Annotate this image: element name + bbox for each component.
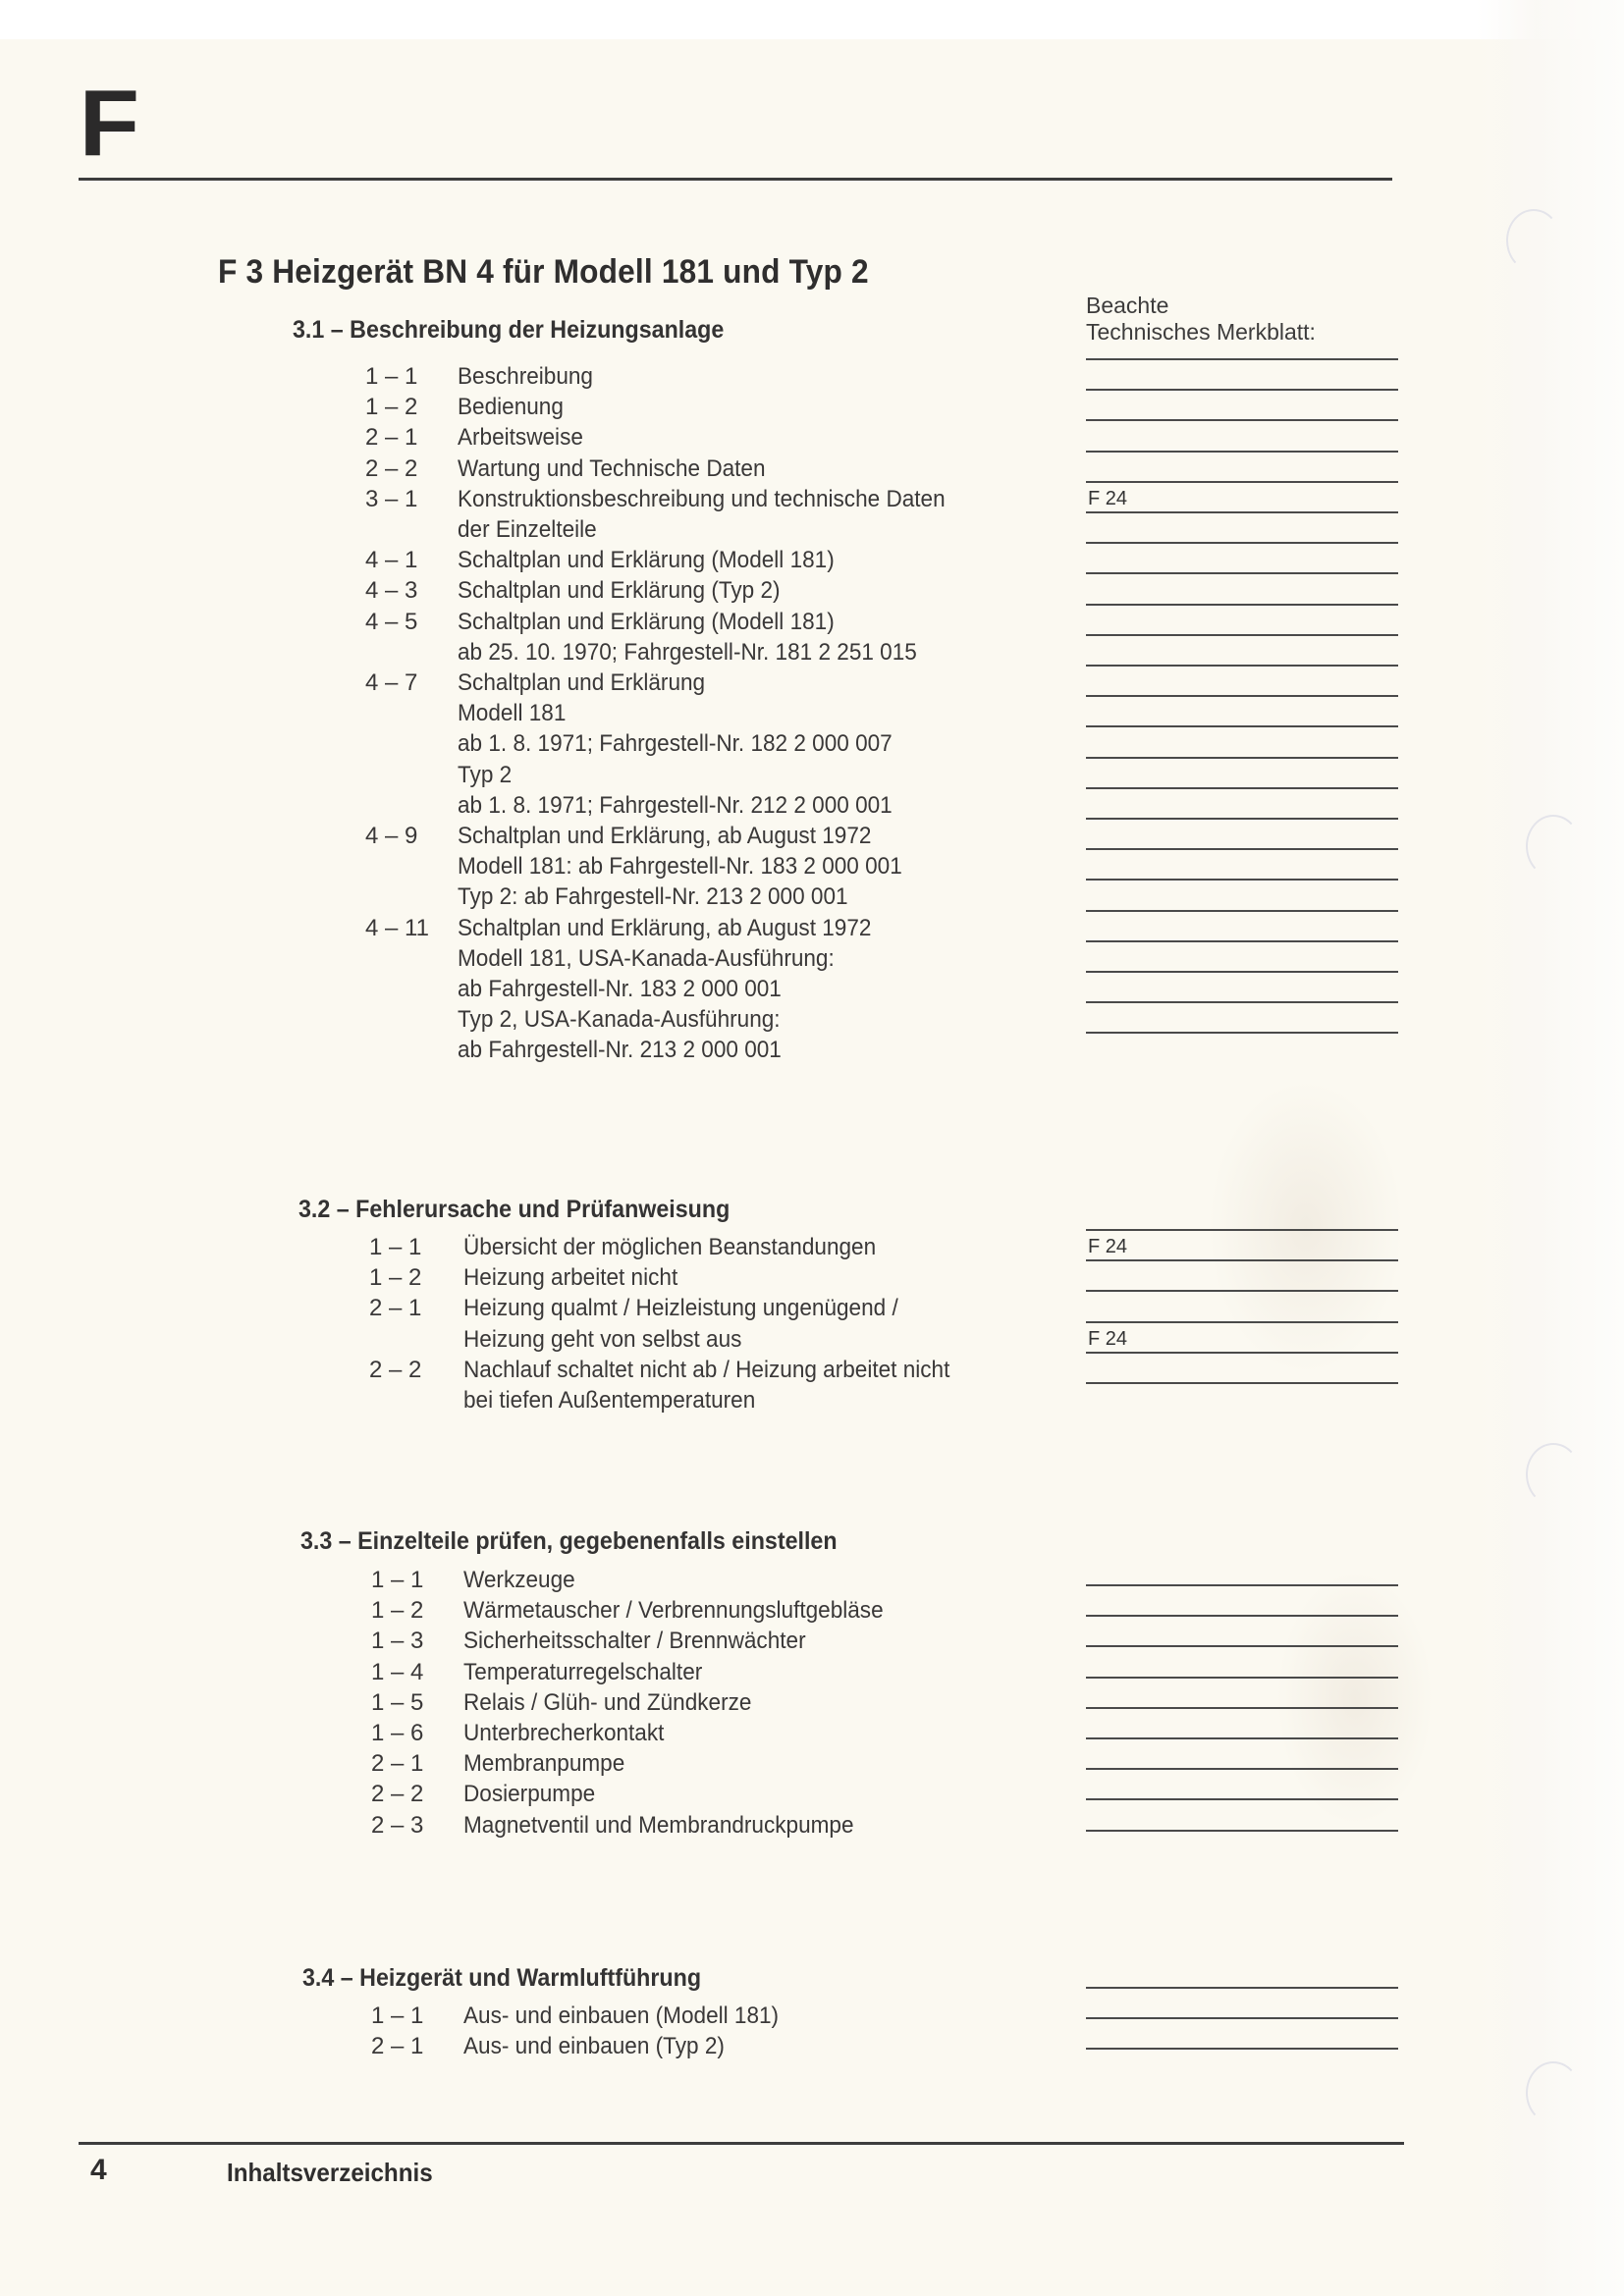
note-write-line — [1086, 358, 1398, 360]
toc-item-number: 4 – 9 — [365, 821, 417, 851]
note-write-line — [1086, 1615, 1398, 1617]
note-write-line — [1086, 879, 1398, 881]
toc-item-title: Heizung arbeitet nicht — [463, 1262, 677, 1293]
scan-smudge — [1276, 1571, 1434, 1826]
note-header-line1: Beachte — [1086, 293, 1316, 319]
toc-item-title: Schaltplan und Erklärung (Typ 2) — [458, 575, 781, 606]
section-heading: 3.1 – Beschreibung der Heizungsanlage — [293, 316, 724, 345]
toc-item-number: 1 – 5 — [371, 1687, 423, 1718]
toc-item-number: 1 – 1 — [371, 1565, 423, 1595]
toc-item-number: 1 – 1 — [371, 2001, 423, 2031]
toc-item-number: 2 – 2 — [365, 454, 417, 484]
toc-item-number: 4 – 1 — [365, 545, 417, 575]
toc-item-title: Modell 181 — [458, 698, 566, 728]
toc-item-number: 1 – 6 — [371, 1718, 423, 1748]
note-write-line — [1086, 725, 1398, 727]
note-write-line — [1086, 695, 1398, 697]
section-heading: 3.2 – Fehlerursache und Prüfanweisung — [298, 1196, 730, 1224]
toc-item-number: 1 – 1 — [369, 1232, 421, 1262]
document-page: F F 3 Heizgerät BN 4 für Modell 181 und … — [0, 0, 1624, 2296]
note-write-line — [1086, 665, 1398, 667]
note-write-line — [1086, 604, 1398, 606]
toc-item-title: Schaltplan und Erklärung (Modell 181) — [458, 607, 835, 637]
toc-item-title: Aus- und einbauen (Modell 181) — [463, 2001, 779, 2031]
punch-hole-icon — [1526, 2061, 1581, 2124]
scan-right-margin — [1477, 0, 1624, 2296]
toc-item-title: Werkzeuge — [463, 1565, 575, 1595]
footer-label: Inhaltsverzeichnis — [227, 2158, 433, 2188]
toc-item-title: Typ 2: ab Fahrgestell-Nr. 213 2 000 001 — [458, 881, 848, 912]
toc-item-title: Modell 181, USA-Kanada-Ausführung: — [458, 943, 835, 974]
note-write-line — [1086, 1352, 1398, 1354]
toc-item-number: 1 – 4 — [371, 1657, 423, 1687]
toc-item-number: 2 – 1 — [369, 1293, 421, 1323]
toc-item-title: Schaltplan und Erklärung, ab August 1972 — [458, 821, 871, 851]
toc-item-title: Heizung qualmt / Heizleistung ungenügend… — [463, 1293, 898, 1323]
toc-item-number: 4 – 3 — [365, 575, 417, 606]
toc-item-number: 2 – 2 — [371, 1779, 423, 1809]
toc-item-number: 2 – 3 — [371, 1810, 423, 1841]
toc-item-title: ab 1. 8. 1971; Fahrgestell-Nr. 182 2 000… — [458, 728, 893, 759]
toc-item-number: 2 – 1 — [365, 422, 417, 453]
toc-item-number: 1 – 3 — [371, 1626, 423, 1656]
note-write-line — [1086, 1707, 1398, 1709]
toc-item-title: Temperaturregelschalter — [463, 1657, 702, 1687]
toc-item-title: Bedienung — [458, 392, 564, 422]
toc-item-number: 4 – 5 — [365, 607, 417, 637]
note-write-line — [1086, 481, 1398, 483]
toc-item-title: Modell 181: ab Fahrgestell-Nr. 183 2 000… — [458, 851, 902, 881]
note-write-line — [1086, 1229, 1398, 1231]
toc-item-number: 4 – 11 — [365, 913, 429, 943]
technical-sheet-ref: F 24 — [1088, 488, 1127, 510]
note-write-line — [1086, 910, 1398, 912]
toc-item-title: Schaltplan und Erklärung (Modell 181) — [458, 545, 835, 575]
note-write-line — [1086, 757, 1398, 759]
punch-hole-icon — [1526, 815, 1581, 878]
page-title: F 3 Heizgerät BN 4 für Modell 181 und Ty… — [218, 253, 869, 292]
toc-item-title: Unterbrecherkontakt — [463, 1718, 664, 1748]
note-write-line — [1086, 1032, 1398, 1034]
toc-item-title: Aus- und einbauen (Typ 2) — [463, 2031, 725, 2061]
section-letter: F — [80, 77, 140, 171]
toc-item-title: Schaltplan und Erklärung — [458, 667, 705, 698]
note-column-header: Beachte Technisches Merkblatt: — [1086, 293, 1316, 346]
note-write-line — [1086, 1259, 1398, 1261]
toc-item-title: Beschreibung — [458, 361, 593, 392]
scan-smudge — [1208, 1080, 1404, 1374]
scan-top-edge — [0, 0, 1624, 39]
footer-rule — [79, 2142, 1404, 2145]
note-write-line — [1086, 572, 1398, 574]
note-write-line — [1086, 1290, 1398, 1292]
note-write-line — [1086, 848, 1398, 850]
note-write-line — [1086, 2048, 1398, 2050]
toc-item-title: Heizung geht von selbst aus — [463, 1324, 741, 1355]
toc-item-title: Wärmetauscher / Verbrennungsluftgebläse — [463, 1595, 884, 1626]
header-rule — [79, 178, 1392, 181]
toc-item-title: Membranpumpe — [463, 1748, 624, 1779]
note-write-line — [1086, 634, 1398, 636]
toc-item-number: 3 – 1 — [365, 484, 417, 514]
toc-item-title: Schaltplan und Erklärung, ab August 1972 — [458, 913, 871, 943]
toc-item-title: Konstruktionsbeschreibung und technische… — [458, 484, 946, 514]
note-write-line — [1086, 787, 1398, 789]
note-write-line — [1086, 389, 1398, 391]
toc-item-number: 2 – 1 — [371, 1748, 423, 1779]
toc-item-number: 2 – 1 — [371, 2031, 423, 2061]
note-write-line — [1086, 1987, 1398, 1989]
punch-hole-icon — [1506, 209, 1561, 272]
note-write-line — [1086, 2017, 1398, 2019]
toc-item-title: ab Fahrgestell-Nr. 213 2 000 001 — [458, 1035, 782, 1065]
toc-item-title: ab 1. 8. 1971; Fahrgestell-Nr. 212 2 000… — [458, 790, 893, 821]
toc-item-title: Typ 2 — [458, 760, 512, 790]
note-write-line — [1086, 1001, 1398, 1003]
toc-item-title: Dosierpumpe — [463, 1779, 595, 1809]
toc-item-number: 1 – 1 — [365, 361, 417, 392]
technical-sheet-ref: F 24 — [1088, 1236, 1127, 1258]
note-write-line — [1086, 1830, 1398, 1832]
technical-sheet-ref: F 24 — [1088, 1328, 1127, 1351]
toc-item-number: 1 – 2 — [371, 1595, 423, 1626]
note-write-line — [1086, 451, 1398, 453]
toc-item-title: Magnetventil und Membrandruckpumpe — [463, 1810, 854, 1841]
toc-item-title: ab 25. 10. 1970; Fahrgestell-Nr. 181 2 2… — [458, 637, 917, 667]
page-number: 4 — [90, 2154, 107, 2187]
toc-item-number: 4 – 7 — [365, 667, 417, 698]
note-write-line — [1086, 1768, 1398, 1770]
toc-item-title: Übersicht der möglichen Beanstandungen — [463, 1232, 876, 1262]
note-write-line — [1086, 971, 1398, 973]
toc-item-title: bei tiefen Außentemperaturen — [463, 1385, 755, 1415]
toc-item-number: 2 – 2 — [369, 1355, 421, 1385]
note-write-line — [1086, 1677, 1398, 1679]
note-write-line — [1086, 1382, 1398, 1384]
note-write-line — [1086, 419, 1398, 421]
note-write-line — [1086, 511, 1398, 513]
toc-item-title: Arbeitsweise — [458, 422, 583, 453]
toc-item-title: ab Fahrgestell-Nr. 183 2 000 001 — [458, 974, 782, 1004]
toc-item-number: 1 – 2 — [365, 392, 417, 422]
note-write-line — [1086, 542, 1398, 544]
note-write-line — [1086, 1321, 1398, 1323]
toc-item-title: Wartung und Technische Daten — [458, 454, 766, 484]
toc-item-title: Typ 2, USA-Kanada-Ausführung: — [458, 1004, 781, 1035]
toc-item-number: 1 – 2 — [369, 1262, 421, 1293]
section-heading: 3.4 – Heizgerät und Warmluftführung — [302, 1964, 701, 1993]
note-write-line — [1086, 1645, 1398, 1647]
note-write-line — [1086, 818, 1398, 820]
note-write-line — [1086, 1798, 1398, 1800]
toc-item-title: Nachlauf schaltet nicht ab / Heizung arb… — [463, 1355, 949, 1385]
punch-hole-icon — [1526, 1443, 1581, 1506]
note-header-line2: Technisches Merkblatt: — [1086, 319, 1316, 346]
note-write-line — [1086, 1584, 1398, 1586]
note-write-line — [1086, 940, 1398, 942]
toc-item-title: Sicherheitsschalter / Brennwächter — [463, 1626, 806, 1656]
section-heading: 3.3 – Einzelteile prüfen, gegebenenfalls… — [300, 1527, 838, 1556]
note-write-line — [1086, 1737, 1398, 1739]
toc-item-title: Relais / Glüh- und Zündkerze — [463, 1687, 751, 1718]
toc-item-title: der Einzelteile — [458, 514, 597, 545]
